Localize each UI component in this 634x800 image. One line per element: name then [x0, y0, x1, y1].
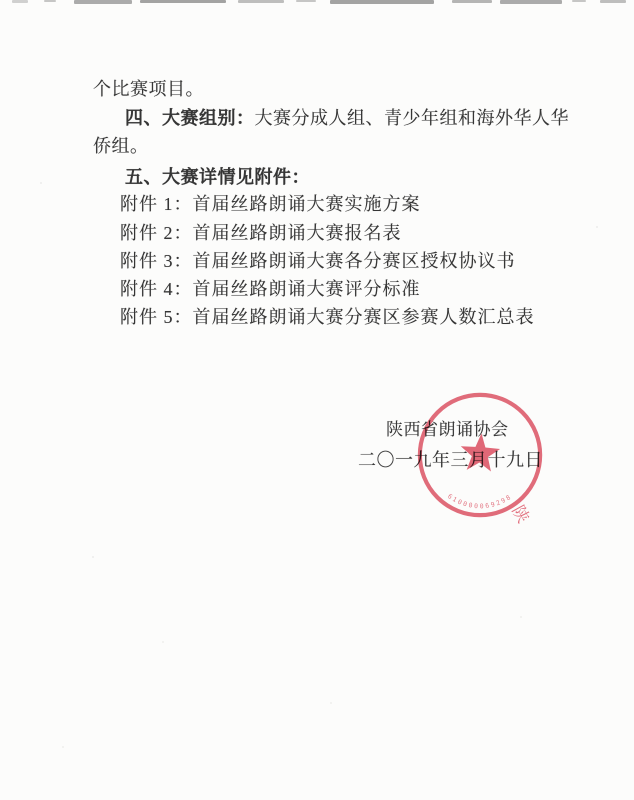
scan-speck: [92, 556, 94, 558]
attachment-label: 附件 5：: [120, 307, 193, 327]
attachment-item: 附件 5：首届丝路朗诵大赛分赛区参赛人数汇总表: [120, 306, 535, 328]
scan-speck: [520, 616, 522, 618]
scan-artifact-top: [0, 0, 634, 8]
section4-heading: 四、大赛组别：: [125, 108, 255, 128]
scan-speck: [596, 226, 598, 228]
attachment-label: 附件 1：: [120, 194, 193, 214]
attachment-item: 附件 2：首届丝路朗诵大赛报名表: [120, 222, 402, 244]
section4-wrap-line: 侨组。: [93, 135, 149, 157]
seal-serial: 6100000692989: [411, 386, 514, 510]
attachment-item: 附件 1：首届丝路朗诵大赛实施方案: [120, 193, 421, 215]
official-seal: 陕西省朗诵协会 6100000692989: [411, 386, 549, 524]
attachment-title: 首届丝路朗诵大赛报名表: [193, 223, 402, 243]
attachment-title: 首届丝路朗诵大赛评分标准: [193, 279, 421, 299]
scanned-document-page: 个比赛项目。 四、大赛组别：大赛分成人组、青少年组和海外华人华 侨组。 五、大赛…: [0, 0, 634, 800]
attachment-title: 首届丝路朗诵大赛分赛区参赛人数汇总表: [193, 307, 535, 327]
section4-body-text: 大赛分成人组、青少年组和海外华人华: [255, 108, 570, 128]
red-star-icon: [461, 433, 500, 471]
attachment-label: 附件 4：: [120, 279, 193, 299]
section4-line: 四、大赛组别：大赛分成人组、青少年组和海外华人华: [125, 107, 569, 129]
para-continuation-line: 个比赛项目。: [93, 78, 204, 100]
attachment-title: 首届丝路朗诵大赛各分赛区授权协议书: [193, 251, 516, 271]
attachment-label: 附件 2：: [120, 223, 193, 243]
seal-serial-node: 6100000692989: [411, 386, 514, 510]
attachment-item: 附件 4：首届丝路朗诵大赛评分标准: [120, 278, 421, 300]
scan-speck: [40, 182, 42, 184]
scan-speck: [162, 641, 164, 643]
scan-speck: [330, 702, 332, 704]
scan-speck: [62, 746, 64, 748]
attachment-item: 附件 3：首届丝路朗诵大赛各分赛区授权协议书: [120, 250, 516, 272]
attachment-title: 首届丝路朗诵大赛实施方案: [193, 194, 421, 214]
section5-heading: 五、大赛详情见附件：: [125, 166, 310, 188]
attachment-label: 附件 3：: [120, 251, 193, 271]
